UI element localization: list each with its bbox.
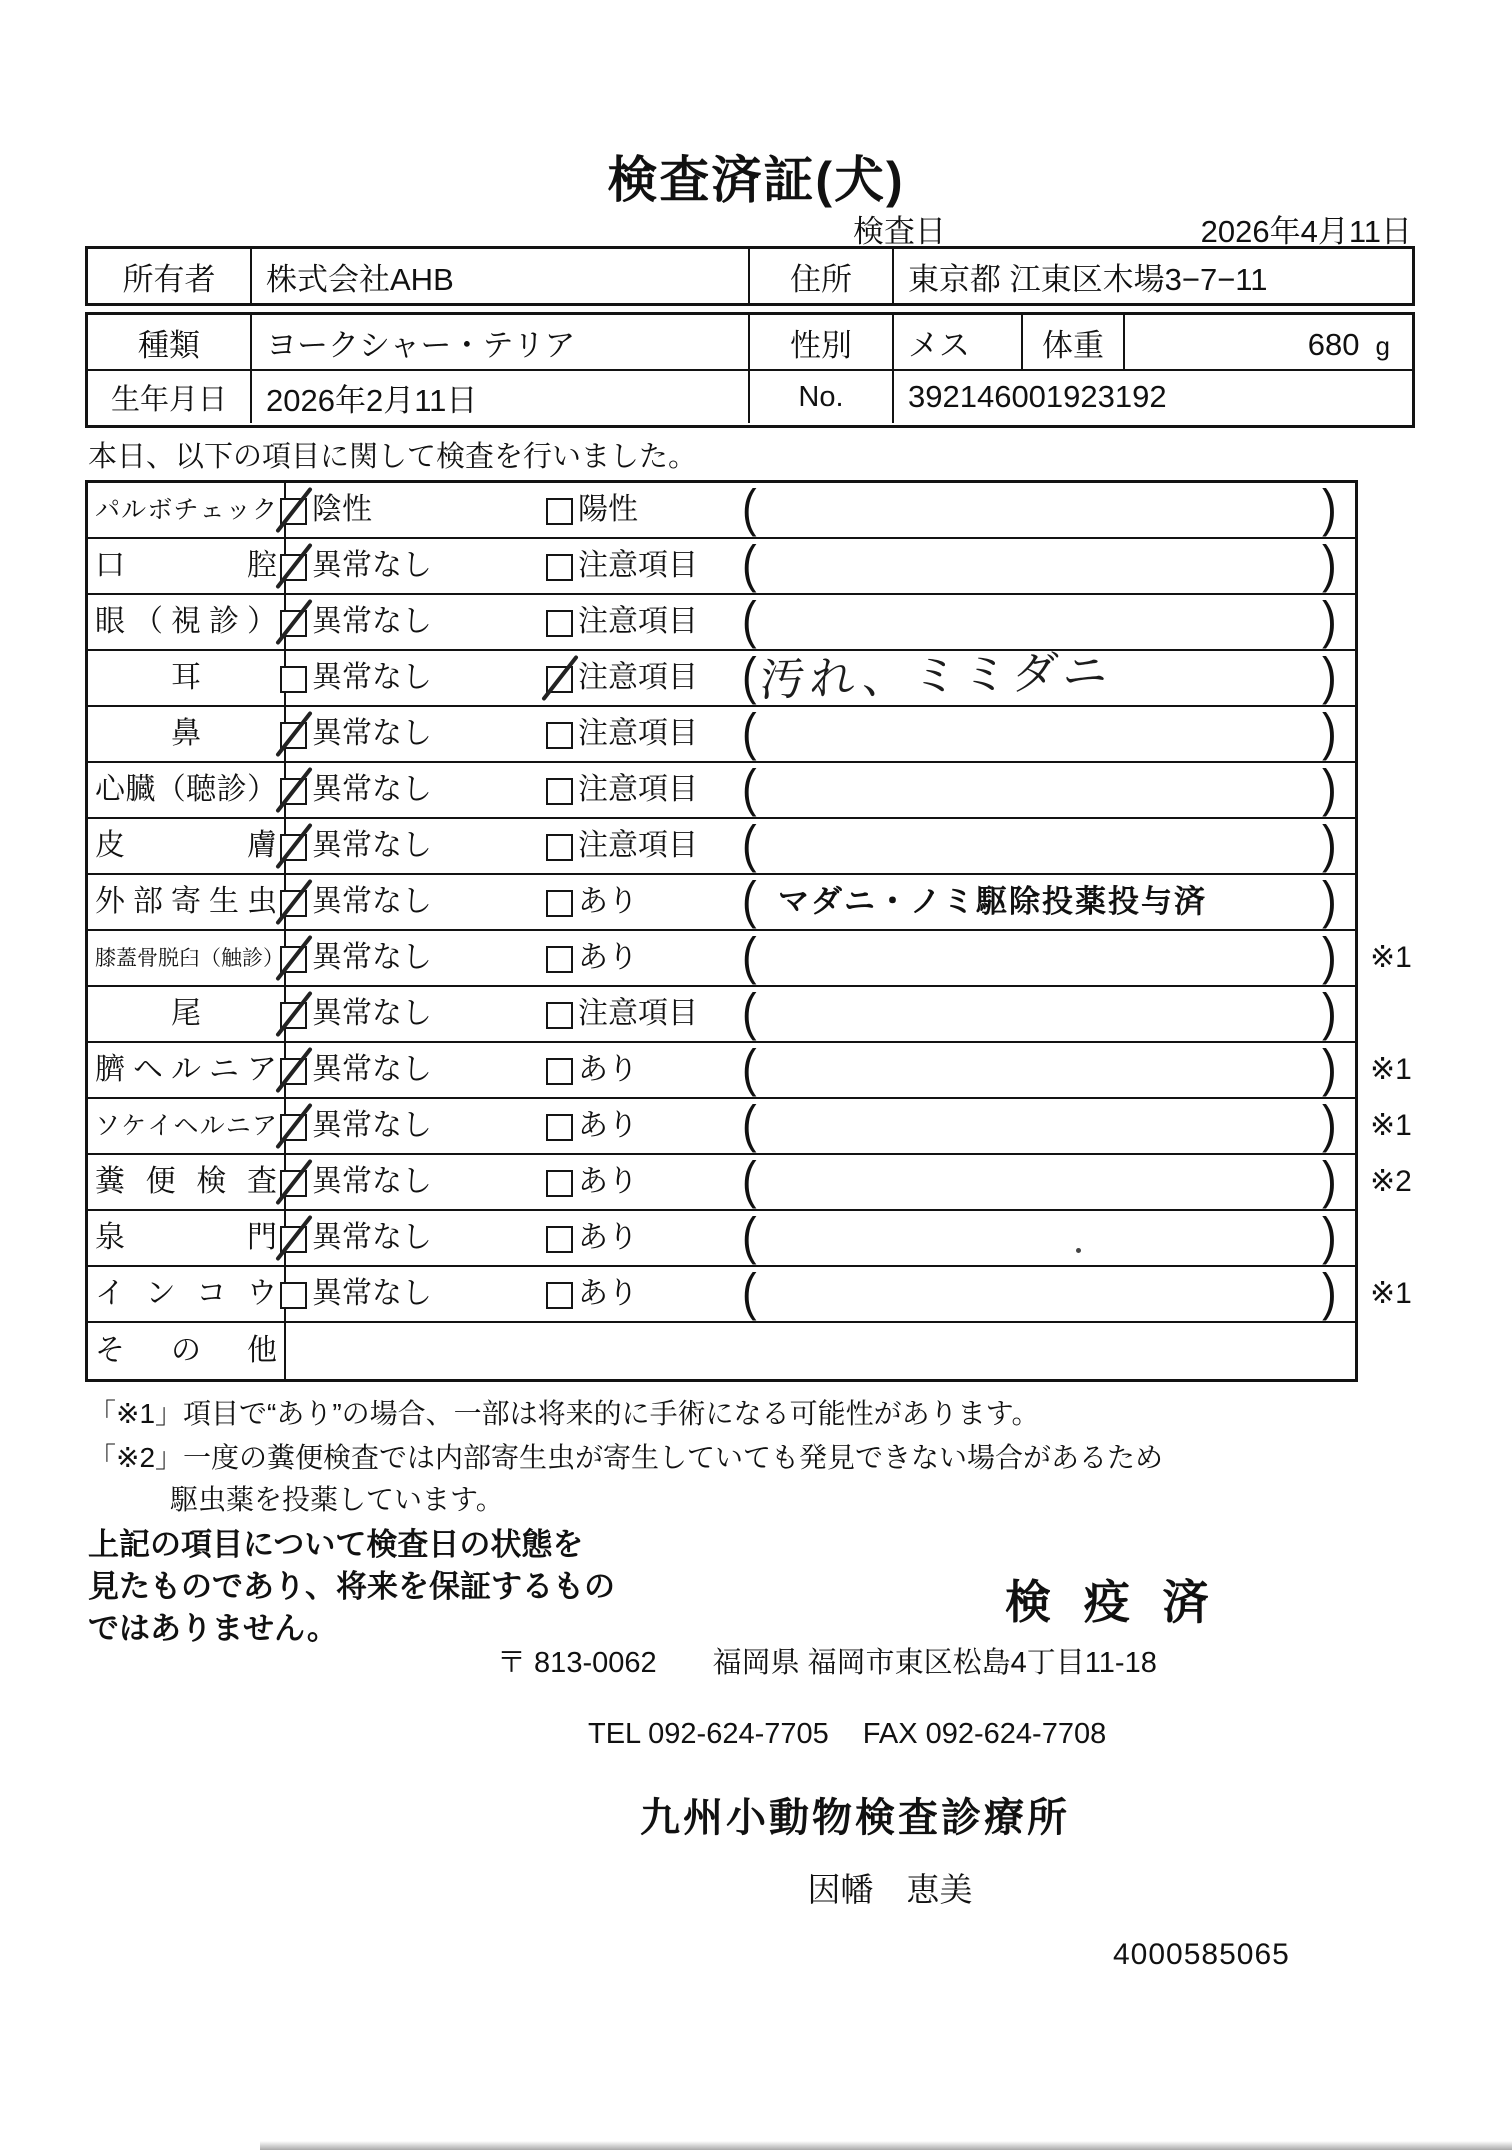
birth-value: 2026年2月11日 — [250, 371, 748, 423]
owner-table: 所有者 株式会社AHB 住所 東京都 江東区木場3−7−11 — [85, 246, 1415, 306]
item-name-cell: 鼻 — [88, 707, 286, 761]
inspection-date-value: 2026年4月11日 — [1201, 206, 1412, 251]
item-name-cell: 臍ヘルニア — [88, 1043, 286, 1097]
option2-label: 注意項目 — [578, 707, 698, 761]
footnote-1: 「※1」項目で“あり”の場合、一部は将来的に手術になる可能性があります。 — [88, 1392, 1039, 1432]
item-name-cell: 皮膚 — [88, 819, 286, 873]
checkbox-checked — [280, 1114, 307, 1141]
open-paren: ( — [742, 534, 757, 598]
close-paren: ) — [1322, 1038, 1337, 1102]
checklist-row: 糞便検査異常なしあり()※2 — [88, 1155, 1355, 1211]
option2-label: 注意項目 — [578, 651, 698, 705]
close-paren: ) — [1322, 590, 1337, 654]
open-paren: ( — [742, 982, 757, 1046]
option2-label: あり — [578, 875, 638, 929]
checkbox-unchecked — [546, 722, 573, 749]
checklist-row: 鼻異常なし注意項目() — [88, 707, 1355, 763]
checkbox-checked — [280, 1226, 307, 1253]
checkbox-unchecked — [546, 1226, 573, 1253]
checklist-row: 眼（視診）異常なし注意項目() — [88, 595, 1355, 651]
open-paren: ( — [742, 478, 757, 542]
serial-number: 4000585065 — [1113, 1938, 1290, 1972]
checklist-row: 口腔異常なし注意項目() — [88, 539, 1355, 595]
open-paren: ( — [742, 1038, 757, 1102]
item-name-cell: 心臓（聴診） — [88, 763, 286, 817]
item-name: パルボチェック — [95, 498, 277, 523]
checklist-row: 心臓（聴診）異常なし注意項目() — [88, 763, 1355, 819]
item-name: インコウ — [95, 1279, 277, 1309]
handwritten-note: 汚れ、ミミダニ — [758, 642, 1115, 709]
birth-label: 生年月日 — [88, 371, 250, 423]
open-paren: ( — [742, 1206, 757, 1270]
option2-label: 注意項目 — [578, 539, 698, 593]
option1-label: 陰性 — [312, 483, 372, 537]
option2-label: あり — [578, 1099, 638, 1153]
disclaimer-line-3: ではありません。 — [88, 1608, 338, 1650]
item-name: 外部寄生虫 — [95, 887, 277, 917]
close-paren: ) — [1322, 478, 1337, 542]
checklist-row: 耳異常なし注意項目()汚れ、ミミダニ — [88, 651, 1355, 707]
open-paren: ( — [742, 814, 757, 878]
item-name-cell: 尾 — [88, 987, 286, 1041]
open-paren: ( — [742, 702, 757, 766]
open-paren: ( — [742, 646, 757, 710]
checkbox-unchecked — [546, 778, 573, 805]
option2-label: あり — [578, 1155, 638, 1209]
item-name-cell: その他 — [88, 1323, 286, 1379]
checkbox-checked — [280, 890, 307, 917]
no-value: 392146001923192 — [892, 371, 1412, 423]
owner-label: 所有者 — [88, 249, 250, 303]
clinic-tel: TEL 092-624-7705 — [588, 1718, 829, 1751]
checkbox-unchecked — [546, 610, 573, 637]
item-name: 皮膚 — [95, 831, 277, 861]
item-name: 糞便検査 — [95, 1167, 277, 1197]
option1-label: 異常なし — [312, 707, 432, 761]
checkbox-unchecked — [546, 1002, 573, 1029]
checkbox-unchecked — [280, 1282, 307, 1309]
open-paren: ( — [742, 1094, 757, 1158]
reference-mark: ※1 — [1370, 1099, 1412, 1153]
checkbox-checked — [280, 778, 307, 805]
birth-row: 生年月日 2026年2月11日 No. 392146001923192 — [88, 369, 1412, 423]
option2-label: あり — [578, 931, 638, 985]
open-paren: ( — [742, 590, 757, 654]
option1-label: 異常なし — [312, 539, 432, 593]
item-name-cell: インコウ — [88, 1267, 286, 1321]
checkbox-unchecked — [546, 1282, 573, 1309]
checklist-table: パルボチェック陰性陽性()口腔異常なし注意項目()眼（視診）異常なし注意項目()… — [85, 480, 1358, 1382]
reference-mark: ※1 — [1370, 1267, 1412, 1321]
checkbox-checked — [280, 610, 307, 637]
owner-value: 株式会社AHB — [250, 249, 748, 303]
no-label: No. — [748, 371, 892, 423]
option2-label: 注意項目 — [578, 819, 698, 873]
quarantine-stamp: 検 疫 済 — [1005, 1566, 1219, 1632]
checkbox-checked — [280, 1170, 307, 1197]
clinic-name: 九州小動物検査診療所 — [460, 1786, 1250, 1843]
weight-value-cell: 680 g — [1123, 315, 1412, 369]
item-name: 鼻 — [95, 719, 277, 749]
option1-label: 異常なし — [312, 1155, 432, 1209]
option1-label: 異常なし — [312, 987, 432, 1041]
item-name: その他 — [95, 1336, 277, 1366]
open-paren: ( — [742, 870, 757, 934]
open-paren: ( — [742, 758, 757, 822]
checkbox-checked — [280, 554, 307, 581]
checkbox-unchecked — [546, 498, 573, 525]
checkbox-unchecked — [546, 946, 573, 973]
breed-row: 種類 ヨークシャー・テリア 性別 メス 体重 680 g — [88, 315, 1412, 369]
item-name: 尾 — [95, 999, 277, 1029]
open-paren: ( — [742, 1150, 757, 1214]
option2-label: 注意項目 — [578, 595, 698, 649]
scan-edge-artifact — [260, 2141, 1512, 2150]
item-name-cell: 眼（視診） — [88, 595, 286, 649]
close-paren: ) — [1322, 814, 1337, 878]
item-name: 心臓（聴診） — [95, 775, 277, 805]
checklist-row: 尾異常なし注意項目() — [88, 987, 1355, 1043]
checkbox-checked — [280, 498, 307, 525]
checkbox-checked — [280, 1058, 307, 1085]
close-paren: ) — [1322, 1206, 1337, 1270]
page-title: 検査済証(犬) — [0, 140, 1512, 212]
close-paren: ) — [1322, 702, 1337, 766]
item-name-cell: ソケイヘルニア — [88, 1099, 286, 1153]
breed-value: ヨークシャー・テリア — [250, 315, 748, 369]
checkbox-checked — [280, 1002, 307, 1029]
item-name-cell: 耳 — [88, 651, 286, 705]
option1-label: 異常なし — [312, 1099, 432, 1153]
item-name-cell: 口腔 — [88, 539, 286, 593]
open-paren: ( — [742, 1262, 757, 1326]
option2-label: 陽性 — [578, 483, 638, 537]
address-value: 東京都 江東区木場3−7−11 — [892, 249, 1412, 303]
checklist-row: ソケイヘルニア異常なしあり()※1 — [88, 1099, 1355, 1155]
checkbox-unchecked — [546, 834, 573, 861]
close-paren: ) — [1322, 1150, 1337, 1214]
checkbox-checked — [280, 946, 307, 973]
item-name-cell: 膝蓋骨脱臼（触診） — [88, 931, 286, 985]
item-name: 臍ヘルニア — [95, 1055, 277, 1085]
checkbox-unchecked — [280, 666, 307, 693]
clinic-fax: FAX 092-624-7708 — [863, 1718, 1106, 1751]
checkbox-checked — [280, 834, 307, 861]
checklist-row: 泉門異常なしあり() — [88, 1211, 1355, 1267]
checkbox-unchecked — [546, 890, 573, 917]
sex-value: メス — [892, 315, 1021, 369]
examiner-name: 因幡 恵美 — [460, 1864, 1320, 1911]
option1-label: 異常なし — [312, 763, 432, 817]
inspection-date-label: 検査日 — [853, 206, 946, 251]
item-name-cell: パルボチェック — [88, 483, 286, 537]
checklist-row: パルボチェック陰性陽性() — [88, 483, 1355, 539]
option2-label: あり — [578, 1267, 638, 1321]
reference-mark: ※2 — [1370, 1155, 1412, 1209]
checkbox-checked — [280, 722, 307, 749]
clinic-address-line: 〒 813-0062 福岡県 福岡市東区松島4丁目11-18 — [497, 1640, 1157, 1681]
close-paren: ) — [1322, 646, 1337, 710]
weight-value: 680 — [1308, 327, 1360, 363]
pet-table: 種類 ヨークシャー・テリア 性別 メス 体重 680 g 生年月日 2026年2… — [85, 312, 1415, 428]
option1-label: 異常なし — [312, 1043, 432, 1097]
reference-mark: ※1 — [1370, 931, 1412, 985]
clinic-address: 福岡県 福岡市東区松島4丁目11-18 — [713, 1640, 1157, 1681]
checkbox-unchecked — [546, 1058, 573, 1085]
clinic-tel-line: TEL 092-624-7705 FAX 092-624-7708 — [588, 1718, 1106, 1751]
item-name: 眼（視診） — [95, 607, 277, 637]
item-name: 膝蓋骨脱臼（触診） — [95, 948, 277, 969]
disclaimer-line-2: 見たものであり、将来を保証するもの — [88, 1566, 615, 1608]
option1-label: 異常なし — [312, 1267, 432, 1321]
checklist-row: 皮膚異常なし注意項目() — [88, 819, 1355, 875]
item-name: 泉門 — [95, 1223, 277, 1253]
sex-label: 性別 — [748, 315, 892, 369]
footnote-2: 「※2」一度の糞便検査では内部寄生虫が寄生していても発見できない場合があるため — [88, 1436, 1163, 1476]
checklist-row: 膝蓋骨脱臼（触診）異常なしあり()※1 — [88, 931, 1355, 987]
reference-mark: ※1 — [1370, 1043, 1412, 1097]
checkbox-unchecked — [546, 554, 573, 581]
option1-label: 異常なし — [312, 1211, 432, 1265]
clinic-postal: 〒 813-0062 — [497, 1640, 657, 1681]
close-paren: ) — [1322, 1094, 1337, 1158]
close-paren: ) — [1322, 758, 1337, 822]
item-name: ソケイヘルニア — [95, 1114, 277, 1139]
checklist-row: その他 — [88, 1323, 1355, 1379]
footnote-3: 駆虫薬を投薬しています。 — [170, 1478, 504, 1518]
close-paren: ) — [1322, 926, 1337, 990]
weight-label: 体重 — [1021, 315, 1123, 369]
option1-label: 異常なし — [312, 819, 432, 873]
item-name-cell: 泉門 — [88, 1211, 286, 1265]
intro-text: 本日、以下の項目に関して検査を行いました。 — [88, 434, 697, 475]
close-paren: ) — [1322, 870, 1337, 934]
close-paren: ) — [1322, 534, 1337, 598]
checkbox-checked — [546, 666, 573, 693]
disclaimer-line-1: 上記の項目について検査日の状態を — [88, 1524, 583, 1566]
checklist-row: 外部寄生虫異常なしあり()マダニ・ノミ駆除投薬投与済 — [88, 875, 1355, 931]
option2-label: 注意項目 — [578, 987, 698, 1041]
printed-note: マダニ・ノミ駆除投薬投与済 — [778, 875, 1207, 929]
option2-label: 注意項目 — [578, 763, 698, 817]
option1-label: 異常なし — [312, 875, 432, 929]
option1-label: 異常なし — [312, 931, 432, 985]
address-label: 住所 — [748, 249, 892, 303]
item-name-cell: 外部寄生虫 — [88, 875, 286, 929]
checkbox-unchecked — [546, 1170, 573, 1197]
option2-label: あり — [578, 1043, 638, 1097]
owner-row: 所有者 株式会社AHB 住所 東京都 江東区木場3−7−11 — [88, 249, 1412, 303]
weight-unit: g — [1376, 331, 1390, 362]
scan-speck — [1076, 1248, 1081, 1253]
checklist-row: インコウ異常なしあり()※1 — [88, 1267, 1355, 1323]
checklist-row: 臍ヘルニア異常なしあり()※1 — [88, 1043, 1355, 1099]
close-paren: ) — [1322, 982, 1337, 1046]
option1-label: 異常なし — [312, 595, 432, 649]
certificate-page: 検査済証(犬) 検査日 2026年4月11日 所有者 株式会社AHB 住所 東京… — [0, 0, 1512, 2150]
close-paren: ) — [1322, 1262, 1337, 1326]
option1-label: 異常なし — [312, 651, 432, 705]
item-name: 耳 — [95, 663, 277, 693]
checkbox-unchecked — [546, 1114, 573, 1141]
open-paren: ( — [742, 926, 757, 990]
item-name-cell: 糞便検査 — [88, 1155, 286, 1209]
item-name: 口腔 — [95, 551, 277, 581]
breed-label: 種類 — [88, 315, 250, 369]
option2-label: あり — [578, 1211, 638, 1265]
